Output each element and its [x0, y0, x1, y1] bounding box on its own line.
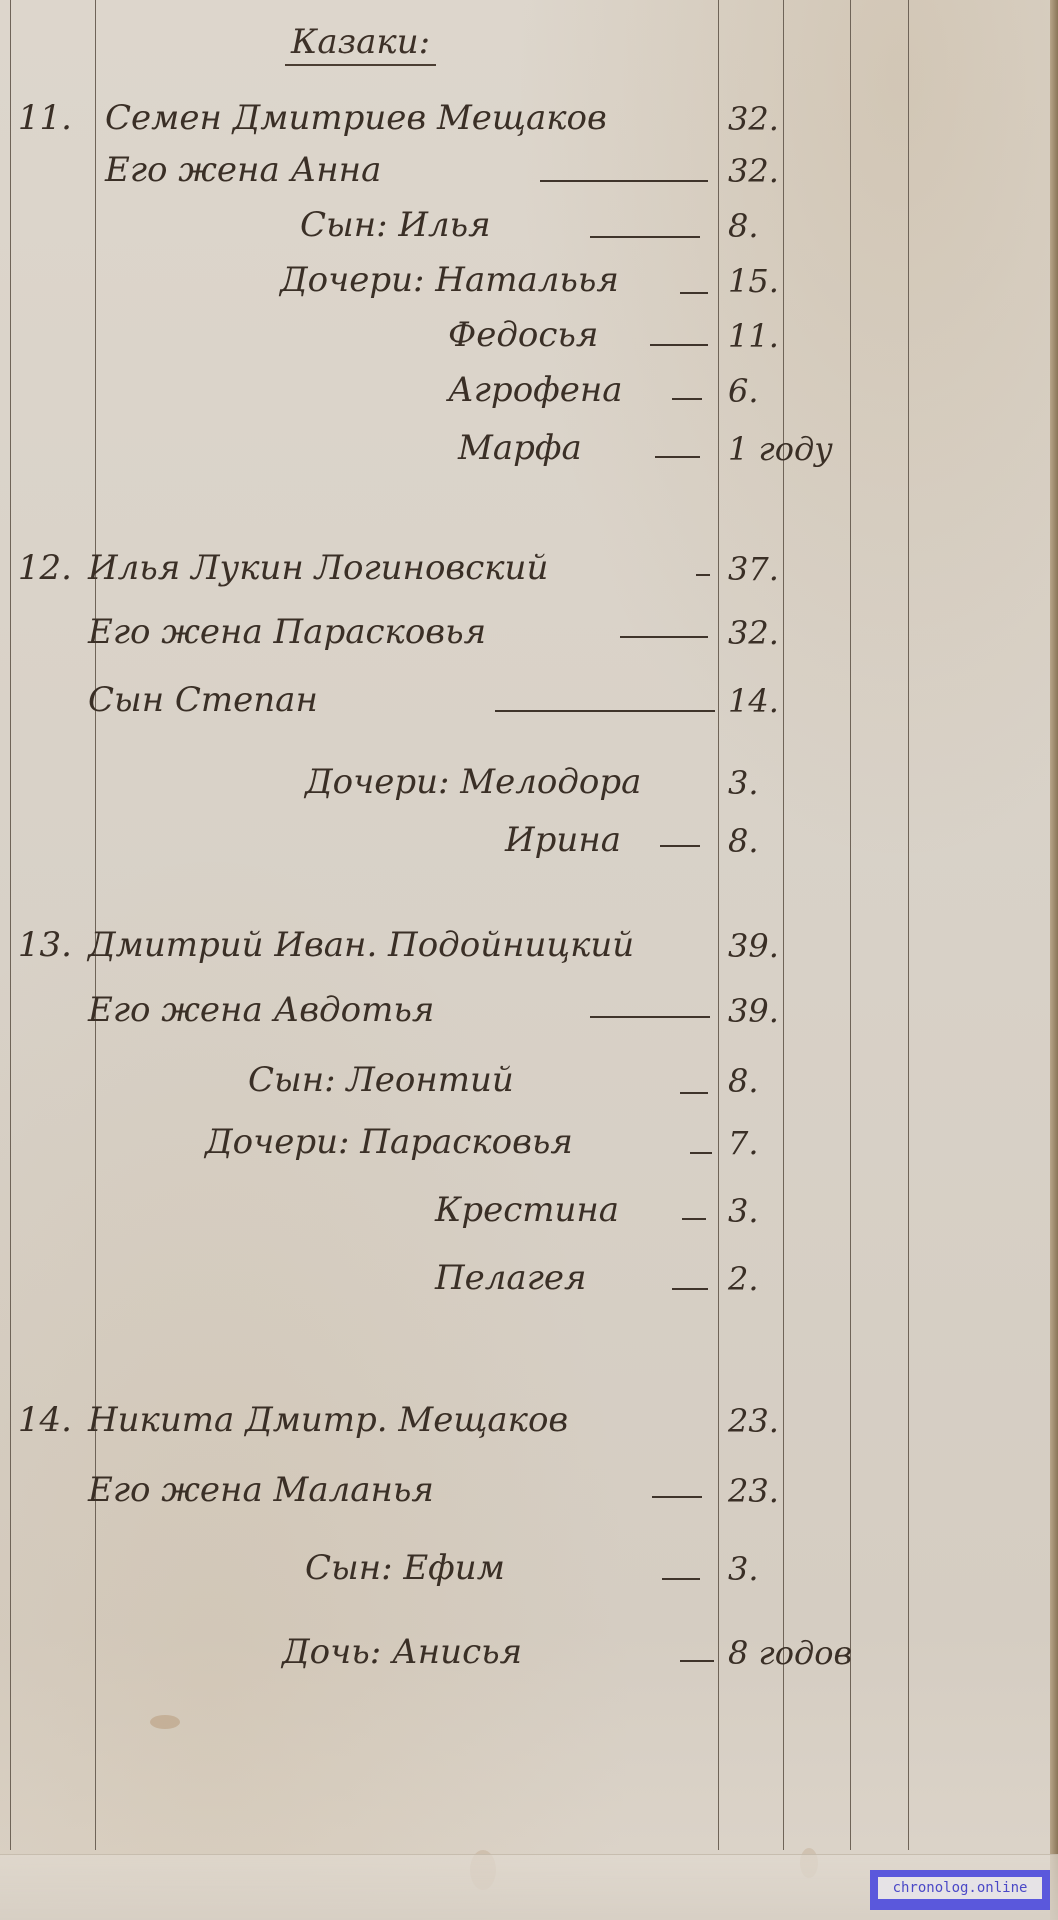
filler-dash [495, 710, 715, 712]
age-value: 8. [728, 822, 759, 860]
ledger-page: Казаки: 11. Семен Дмитриев Мещаков 32. Е… [0, 0, 1058, 1920]
filler-dash [682, 1218, 706, 1220]
member-name: Пелагея [435, 1258, 587, 1298]
age-value: 1 году [728, 430, 833, 468]
member-name: Дочь: Анисья [282, 1632, 522, 1672]
filler-dash [680, 1092, 708, 1094]
member-name: Крестина [435, 1190, 619, 1230]
ink-stain [150, 1715, 180, 1729]
member-name: Его жена Маланья [88, 1470, 434, 1510]
filler-dash [680, 292, 708, 294]
age-value: 32. [728, 100, 779, 138]
filler-dash [672, 1288, 708, 1290]
household-head-name: Никита Дмитр. Мещаков [88, 1400, 568, 1440]
member-name: Сын: Ефим [305, 1548, 505, 1588]
age-value: 39. [728, 927, 779, 965]
member-name: Дочери: Парасковья [205, 1122, 573, 1162]
filler-dash [672, 398, 702, 400]
extra-column-rule-1 [850, 0, 851, 1850]
member-name: Федосья [448, 315, 598, 355]
section-header: Казаки: [285, 22, 436, 66]
filler-dash [652, 1496, 702, 1498]
age-value: 2. [728, 1260, 759, 1298]
household-number: 13. [10, 925, 72, 965]
filler-dash [540, 180, 708, 182]
age-value: 8 годов [728, 1634, 852, 1672]
filler-dash [590, 1016, 710, 1018]
household-head-name: Дмитрий Иван. Подойницкий [88, 925, 634, 965]
member-name: Агрофена [448, 370, 623, 410]
age-value: 7. [728, 1124, 759, 1162]
watermark-text: chronolog.online [878, 1877, 1042, 1899]
age-column-rule-left [718, 0, 719, 1850]
age-value: 3. [728, 764, 759, 802]
household-number: 14. [10, 1400, 72, 1440]
age-value: 37. [728, 550, 779, 588]
filler-dash [590, 236, 700, 238]
age-value: 32. [728, 152, 779, 190]
extra-column-rule-2 [908, 0, 909, 1850]
member-name: Его жена Авдотья [88, 990, 434, 1030]
filler-dash [696, 574, 710, 576]
member-name: Дочери: Натальья [280, 260, 619, 300]
age-value: 11. [728, 317, 779, 355]
watermark-badge[interactable]: chronolog.online [870, 1870, 1050, 1910]
member-name: Сын Степан [88, 680, 318, 720]
age-value: 8. [728, 1062, 759, 1100]
household-number: 11. [10, 98, 72, 138]
member-name: Его жена Парасковья [88, 612, 486, 652]
age-column-rule-right [783, 0, 784, 1850]
filler-dash [680, 1660, 714, 1662]
member-name: Сын: Леонтий [248, 1060, 514, 1100]
filler-dash [655, 456, 700, 458]
member-name: Ирина [505, 820, 621, 860]
member-name: Сын: Илья [300, 205, 491, 245]
age-value: 6. [728, 372, 759, 410]
member-name: Дочери: Мелодора [305, 762, 641, 802]
age-value: 32. [728, 614, 779, 652]
age-value: 3. [728, 1192, 759, 1230]
filler-dash [660, 845, 700, 847]
age-value: 39. [728, 992, 779, 1030]
household-head-name: Семен Дмитриев Мещаков [105, 98, 607, 138]
filler-dash [690, 1152, 712, 1154]
book-binding-edge [1050, 0, 1058, 1920]
age-value: 23. [728, 1472, 779, 1510]
household-head-name: Илья Лукин Логиновский [88, 548, 548, 588]
filler-dash [662, 1578, 700, 1580]
filler-dash [620, 636, 708, 638]
age-value: 14. [728, 682, 779, 720]
age-value: 3. [728, 1550, 759, 1588]
household-number: 12. [10, 548, 72, 588]
filler-dash [650, 344, 708, 346]
age-value: 15. [728, 262, 779, 300]
member-name: Марфа [458, 428, 582, 468]
age-value: 8. [728, 207, 759, 245]
age-value: 23. [728, 1402, 779, 1440]
member-name: Его жена Анна [105, 150, 381, 190]
